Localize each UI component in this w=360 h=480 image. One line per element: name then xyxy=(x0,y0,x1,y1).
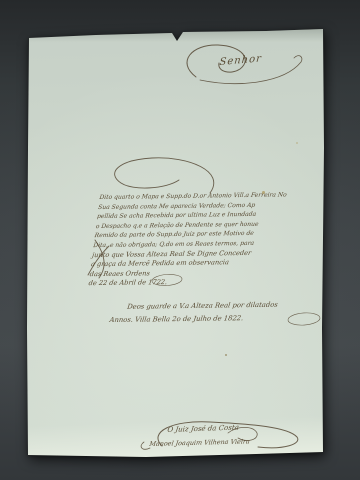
foxing-speck xyxy=(262,191,265,194)
manuscript-body: Dito quarto o Mapa e Supp.do D.or Antoni… xyxy=(88,190,286,289)
manuscript-closing: Deos guarde a V.a Alteza Real por dilata… xyxy=(109,298,326,327)
photo-backdrop: Senhor Dito quarto o Mapa e Supp.do D.or… xyxy=(0,0,360,480)
foxing-speck xyxy=(225,354,227,356)
foxing-speck xyxy=(296,142,298,144)
